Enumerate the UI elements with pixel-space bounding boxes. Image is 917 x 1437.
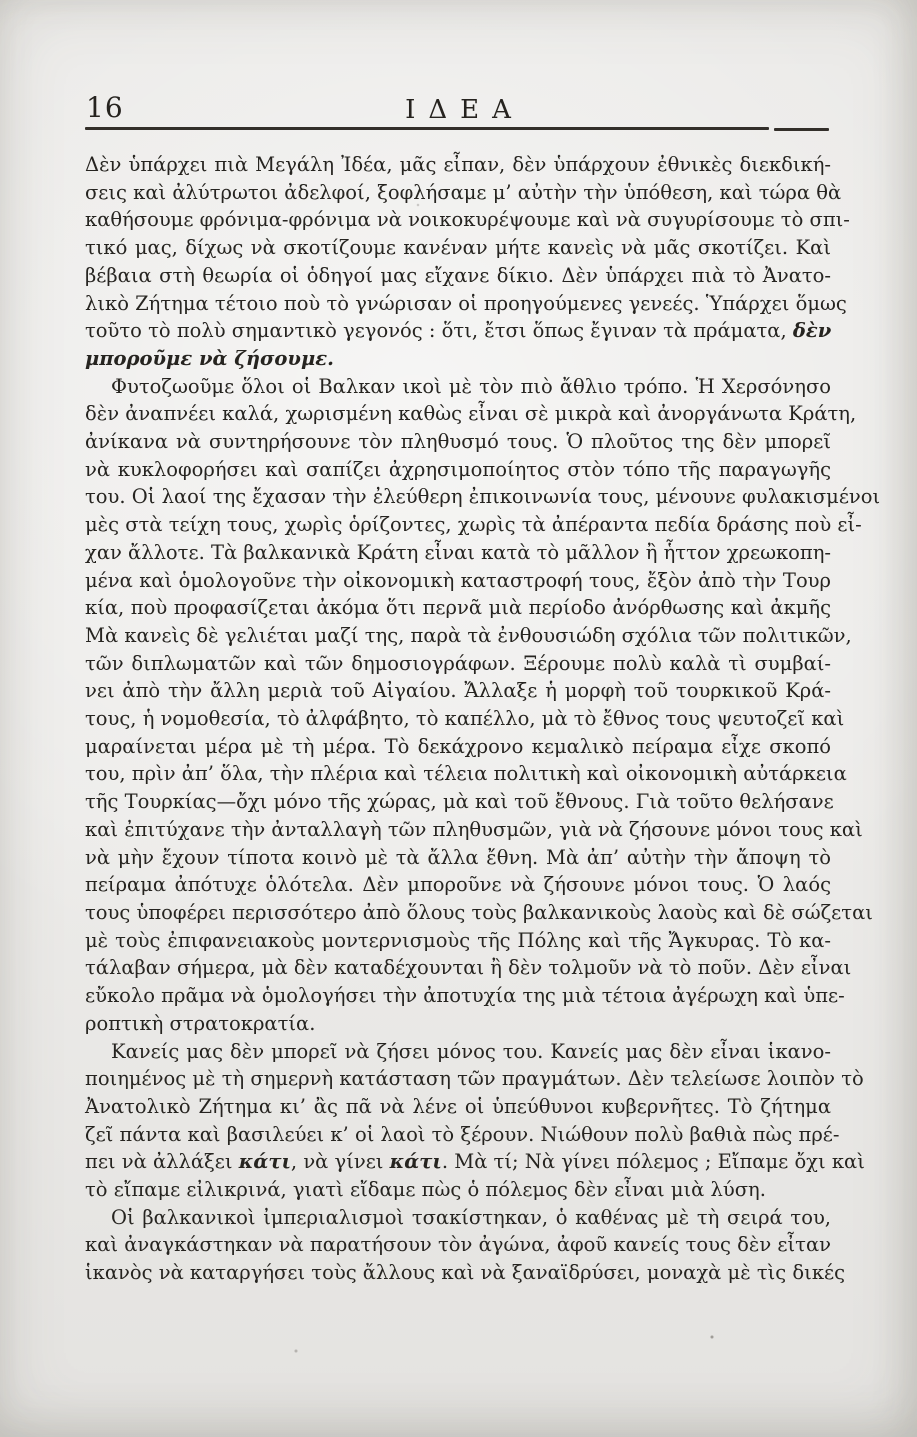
text-line: Ἀνατολικὸ Ζήτημα κι’ ἂς πᾶ νὰ λένε οἱ ὑπ… — [85, 1093, 831, 1121]
text-line: Οἱ βαλκανικοὶ ἰμπεριαλισμοὶ τσακίστηκαν,… — [85, 1204, 831, 1232]
text-line: τάλαβαν σήμερα, μὰ δὲν καταδέχουνται ἢ δ… — [85, 954, 831, 982]
emphasized-text: κάτι — [390, 1150, 442, 1173]
text-segment: τοῦτο τὸ πολὺ σημαντικὸ γεγονός : ὅτι, ἔ… — [85, 319, 793, 342]
text-line: του. Οἱ λαοί της ἔχασαν τὴν ἐλεύθερη ἐπι… — [85, 483, 831, 511]
text-line: Δὲν ὑπάρχει πιὰ Μεγάλη Ἰδέα, μᾶς εἶπαν, … — [85, 151, 831, 179]
text-line: καὶ ἀναγκάστηκαν νὰ παρατήσουν τὸν ἀγώνα… — [85, 1231, 831, 1259]
text-segment: καὶ ἀναγκάστηκαν νὰ παρατήσουν τὸν ἀγώνα… — [85, 1233, 831, 1256]
text-segment: ζεῖ πάντα καὶ βασιλεύει κ’ οἱ λαοὶ τὸ ξέ… — [85, 1123, 840, 1146]
text-line: τους, ἡ νομοθεσία, τὸ ἀλφάβητο, τὸ καπέλ… — [85, 705, 831, 733]
header-rule — [85, 127, 769, 130]
text-segment: πει νὰ ἀλλάξει — [85, 1150, 239, 1173]
text-line: λικὸ Ζήτημα τέτοιο ποὺ τὸ γνώρισαν οἱ πρ… — [85, 290, 831, 318]
text-line: ἱκανὸς νὰ καταργήσει τοὺς ἄλλους καὶ νὰ … — [85, 1259, 831, 1287]
emphasized-text: μποροῦμε νὰ ζήσουμε. — [85, 347, 334, 370]
page-text: Δὲν ὑπάρχει πιὰ Μεγάλη Ἰδέα, μᾶς εἶπαν, … — [85, 151, 831, 1287]
text-segment: κία, ποὺ προφασίζεται ἀκόμα ὅτι περνᾶ μι… — [85, 596, 831, 619]
text-line: μποροῦμε νὰ ζήσουμε. — [85, 345, 831, 373]
text-segment: τικό μας, δίχως νὰ σκοτίζουμε κανέναν μή… — [85, 236, 831, 259]
text-segment: καθήσουμε φρόνιμα-φρόνιμα νὰ νοικοκυρέψο… — [85, 208, 850, 231]
text-segment: Οἱ βαλκανικοὶ ἰμπεριαλισμοὶ τσακίστηκαν,… — [111, 1206, 831, 1229]
text-segment: Ἀνατολικὸ Ζήτημα κι’ ἂς πᾶ νὰ λένε οἱ ὑπ… — [85, 1095, 831, 1118]
text-line: τῶν διπλωματῶν καὶ τῶν δημοσιογράφων. Ξέ… — [85, 650, 831, 678]
text-line: κία, ποὺ προφασίζεται ἀκόμα ὅτι περνᾶ μι… — [85, 594, 831, 622]
text-segment: πείραμα ἀπότυχε ὁλότελα. Δὲν μποροῦνε νὰ… — [85, 873, 831, 896]
text-line: τοῦτο τὸ πολὺ σημαντικὸ γεγονός : ὅτι, ἔ… — [85, 317, 831, 345]
text-segment: σεις καὶ ἀλύτρωτοι ἀδελφοί, ξοφλήσαμε μ’… — [85, 181, 841, 204]
text-segment: τῆς Τουρκίας—ὄχι μόνο τῆς χώρας, μὰ καὶ … — [85, 790, 834, 813]
emphasized-text: κάτι — [239, 1150, 291, 1173]
running-head-text: ΙΔΕΑ — [392, 95, 524, 125]
text-segment: τὸ εἴπαμε εἰλικρινά, γιατὶ εἴδαμε πὼς ὁ … — [85, 1178, 766, 1201]
text-segment: μὲ τοὺς ἐπιφανειακοὺς μοντερνισμοὺς τῆς … — [85, 929, 831, 952]
text-segment: δὲν ἀναπνέει καλά, χωρισμένη καθὼς εἶναι… — [85, 402, 856, 425]
text-segment: μένα καὶ ὁμολογοῦνε τὴν οἰκονομικὴ κατασ… — [85, 569, 831, 592]
text-segment: τῶν διπλωματῶν καὶ τῶν δημοσιογράφων. Ξέ… — [85, 652, 831, 675]
text-segment: χαν ἄλλοτε. Τὰ βαλκανικὰ Κράτη εἶναι κατ… — [85, 541, 831, 564]
text-line: μένα καὶ ὁμολογοῦνε τὴν οἰκονομικὴ κατασ… — [85, 567, 831, 595]
emphasized-text: δὲν — [793, 319, 831, 342]
text-segment: Φυτοζωοῦμε ὅλοι οἱ Βαλκαν ικοὶ μὲ τὸν πι… — [111, 375, 831, 398]
text-line: βέβαια στὴ θεωρία οἱ ὁδηγοί μας εἴχανε δ… — [85, 262, 831, 290]
text-line: τῆς Τουρκίας—ὄχι μόνο τῆς χώρας, μὰ καὶ … — [85, 788, 831, 816]
text-line: εὔκολο πρᾶμα νὰ ὁμολογήσει τὴν ἀποτυχία … — [85, 982, 831, 1010]
text-segment: μαραίνεται μέρα μὲ τὴ μέρα. Τὸ δεκάχρονο… — [85, 735, 831, 758]
text-segment: τους, ἡ νομοθεσία, τὸ ἀλφάβητο, τὸ καπέλ… — [85, 707, 844, 730]
text-segment: Κανείς μας δὲν μπορεῖ νὰ ζήσει μόνος του… — [111, 1040, 831, 1063]
text-line: ποιημένος μὲ τὴ σημερνὴ κατάσταση τῶν πρ… — [85, 1065, 831, 1093]
text-segment: μὲς στὰ τείχη τους, χωρὶς ὁρίζοντες, χωρ… — [85, 513, 862, 536]
text-segment: νὰ μὴν ἔχουν τίποτα κοινὸ μὲ τὰ ἄλλα ἔθν… — [85, 846, 831, 869]
text-line: νὰ μὴν ἔχουν τίποτα κοινὸ μὲ τὰ ἄλλα ἔθν… — [85, 844, 831, 872]
text-line: δὲν ἀναπνέει καλά, χωρισμένη καθὼς εἶναι… — [85, 400, 831, 428]
text-line: του, πρὶν ἀπ’ ὅλα, τὴν πλέρια καὶ τέλεια… — [85, 760, 831, 788]
text-line: καθήσουμε φρόνιμα-φρόνιμα νὰ νοικοκυρέψο… — [85, 206, 831, 234]
text-segment: τους ὑποφέρει περισσότερο ἀπὸ ὅλους τοὺς… — [85, 901, 873, 924]
text-line: ζεῖ πάντα καὶ βασιλεύει κ’ οἱ λαοὶ τὸ ξέ… — [85, 1121, 831, 1149]
text-line: νὰ κυκλοφορήσει καὶ σαπίζει ἀχρησιμοποίη… — [85, 456, 831, 484]
text-segment: ἀνίκανα νὰ συντηρήσουνε τὸν πληθυσμό του… — [85, 430, 831, 453]
running-head-title: ΙΔΕΑ — [85, 96, 831, 124]
text-segment: . Μὰ τί; Νὰ γίνει πόλεμος ; Εἴπαμε ὄχι κ… — [442, 1150, 865, 1173]
text-segment: εὔκολο πρᾶμα νὰ ὁμολογήσει τὴν ἀποτυχία … — [85, 984, 845, 1007]
text-segment: νει ἀπὸ τὴν ἄλλη μεριὰ τοῦ Αἰγαίου. Ἄλλα… — [85, 679, 831, 702]
text-line: τους ὑποφέρει περισσότερο ἀπὸ ὅλους τοὺς… — [85, 899, 831, 927]
scanned-book-page: 16 ΙΔΕΑ Δὲν ὑπάρχει πιὰ Μεγάλη Ἰδέα, μᾶς… — [0, 0, 917, 1437]
text-segment: Μὰ κανεὶς δὲ γελιέται μαζί της, παρὰ τὰ … — [85, 624, 852, 647]
text-line: χαν ἄλλοτε. Τὰ βαλκανικὰ Κράτη εἶναι κατ… — [85, 539, 831, 567]
text-line: πείραμα ἀπότυχε ὁλότελα. Δὲν μποροῦνε νὰ… — [85, 871, 831, 899]
text-segment: βέβαια στὴ θεωρία οἱ ὁδηγοί μας εἴχανε δ… — [85, 264, 831, 287]
text-line: τὸ εἴπαμε εἰλικρινά, γιατὶ εἴδαμε πὼς ὁ … — [85, 1176, 831, 1204]
text-line: Κανείς μας δὲν μπορεῖ νὰ ζήσει μόνος του… — [85, 1038, 831, 1066]
text-line: μαραίνεται μέρα μὲ τὴ μέρα. Τὸ δεκάχρονο… — [85, 733, 831, 761]
text-segment: ποιημένος μὲ τὴ σημερνὴ κατάσταση τῶν πρ… — [85, 1067, 864, 1090]
text-line: μὲ τοὺς ἐπιφανειακοὺς μοντερνισμοὺς τῆς … — [85, 927, 831, 955]
text-segment: του, πρὶν ἀπ’ ὅλα, τὴν πλέρια καὶ τέλεια… — [85, 762, 847, 785]
text-segment: λικὸ Ζήτημα τέτοιο ποὺ τὸ γνώρισαν οἱ πρ… — [85, 292, 847, 315]
text-line: Μὰ κανεὶς δὲ γελιέται μαζί της, παρὰ τὰ … — [85, 622, 831, 650]
text-line: σεις καὶ ἀλύτρωτοι ἀδελφοί, ξοφλήσαμε μ’… — [85, 179, 831, 207]
text-segment: Δὲν ὑπάρχει πιὰ Μεγάλη Ἰδέα, μᾶς εἶπαν, … — [85, 153, 831, 176]
header-rule-fragment — [774, 128, 829, 131]
text-segment: νὰ κυκλοφορήσει καὶ σαπίζει ἀχρησιμοποίη… — [85, 458, 831, 481]
text-line: ἀνίκανα νὰ συντηρήσουνε τὸν πληθυσμό του… — [85, 428, 831, 456]
text-line: καὶ ἐπιτύχανε τὴν ἀνταλλαγὴ τῶν πληθυσμῶ… — [85, 816, 831, 844]
text-segment: , νὰ γίνει — [291, 1150, 390, 1173]
text-segment: του. Οἱ λαοί της ἔχασαν τὴν ἐλεύθερη ἐπι… — [85, 485, 880, 508]
text-line: νει ἀπὸ τὴν ἄλλη μεριὰ τοῦ Αἰγαίου. Ἄλλα… — [85, 677, 831, 705]
text-segment: καὶ ἐπιτύχανε τὴν ἀνταλλαγὴ τῶν πληθυσμῶ… — [85, 818, 863, 841]
text-line: τικό μας, δίχως νὰ σκοτίζουμε κανέναν μή… — [85, 234, 831, 262]
text-line: μὲς στὰ τείχη τους, χωρὶς ὁρίζοντες, χωρ… — [85, 511, 831, 539]
text-line: Φυτοζωοῦμε ὅλοι οἱ Βαλκαν ικοὶ μὲ τὸν πι… — [85, 373, 831, 401]
text-segment: ροπτικὴ στρατοκρατία. — [85, 1012, 315, 1035]
text-line: ροπτικὴ στρατοκρατία. — [85, 1010, 831, 1038]
text-segment: ἱκανὸς νὰ καταργήσει τοὺς ἄλλους καὶ νὰ … — [85, 1261, 845, 1284]
text-segment: τάλαβαν σήμερα, μὰ δὲν καταδέχουνται ἢ δ… — [85, 956, 851, 979]
text-line: πει νὰ ἀλλάξει κάτι, νὰ γίνει κάτι. Μὰ τ… — [85, 1148, 831, 1176]
